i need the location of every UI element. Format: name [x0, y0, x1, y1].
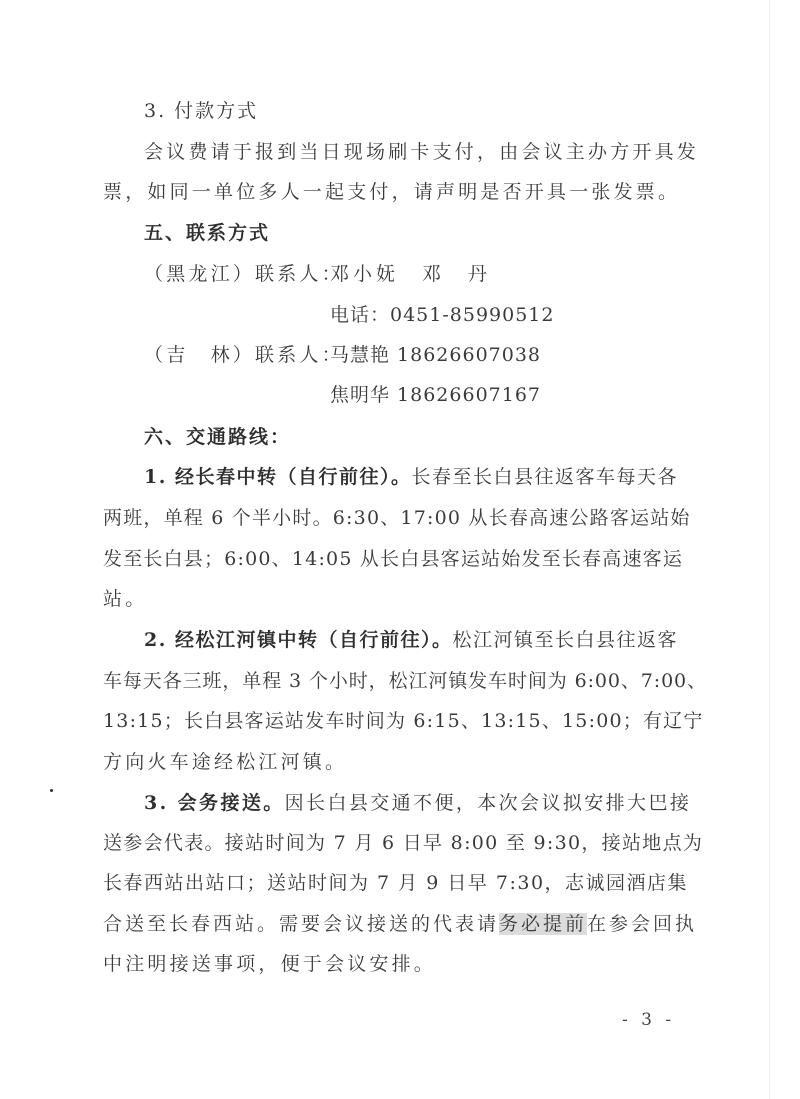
page-number: - 3 - [622, 1010, 675, 1030]
heilongjiang-label: （黑龙江）联系人： [144, 261, 344, 287]
heilongjiang-phone: 电话：0451-85990512 [330, 302, 554, 328]
route3-line-5: 中注明接送事项，便于会议安排。 [103, 951, 436, 977]
contact-heading: 五、联系方式 [144, 220, 270, 246]
route2-line-1: 2. 经松江河镇中转（自行前往）。松江河镇至长白县往返客 [144, 627, 678, 653]
route1-line-2: 两班，单程 6 个半小时。6:30、17:00 从长春高速公路客运站始 [103, 505, 691, 531]
route1-line-3: 发至长白县；6:00、14:05 从长白县客运站始发至长春高速客运 [103, 546, 683, 572]
route2-line-4: 方向火车途经松江河镇。 [103, 749, 347, 775]
payment-line-1: 会议费请于报到当日现场刷卡支付，由会议主办方开具发 [144, 139, 699, 165]
jilin-contact-1: 马慧艳 18626607038 [330, 342, 541, 368]
route1-title: 1. 经长春中转（自行前往）。 [144, 466, 411, 488]
route2-title: 2. 经松江河镇中转（自行前往）。 [144, 629, 452, 651]
transport-heading: 六、交通路线： [144, 424, 291, 450]
route3-line-2: 送参会代表。接站时间为 7 月 6 日早 8:00 至 9:30，接站地点为 [103, 830, 703, 856]
payment-line-2: 票，如同一单位多人一起支付，请声明是否开具一张发票。 [103, 179, 680, 205]
route2-line-2: 车每天各三班，单程 3 个小时，松江河镇发车时间为 6:00、7:00、 [103, 668, 707, 694]
route3-line-4: 合送至长春西站。需要会议接送的代表请务必提前在参会回执 [103, 911, 697, 937]
route1-line-4: 站。 [103, 586, 147, 612]
highlighted-text: 务必提前 [499, 913, 587, 935]
jilin-contact-2: 焦明华 18626607167 [330, 382, 541, 408]
route1-line-1: 1. 经长春中转（自行前往）。长春至长白县往返客车每天各 [144, 464, 678, 490]
route3-line-3: 长春西站出站口；送站时间为 7 月 9 日早 7:30，志诚园酒店集 [103, 870, 688, 896]
route3-title: 3. 会务接送。 [144, 792, 285, 814]
route2-line-3: 13:15；长白县客运站发车时间为 6:15、13:15、15:00；有辽宁 [103, 708, 704, 734]
scan-speck [50, 789, 53, 792]
scan-edge [769, 0, 770, 1099]
payment-heading: 3. 付款方式 [144, 98, 258, 124]
route3-line-1: 3. 会务接送。因长白县交通不便，本次会议拟安排大巴接 [144, 790, 691, 816]
jilin-label: （吉 林）联系人： [144, 342, 344, 368]
heilongjiang-names: 邓小妩 邓 丹 [330, 261, 491, 287]
